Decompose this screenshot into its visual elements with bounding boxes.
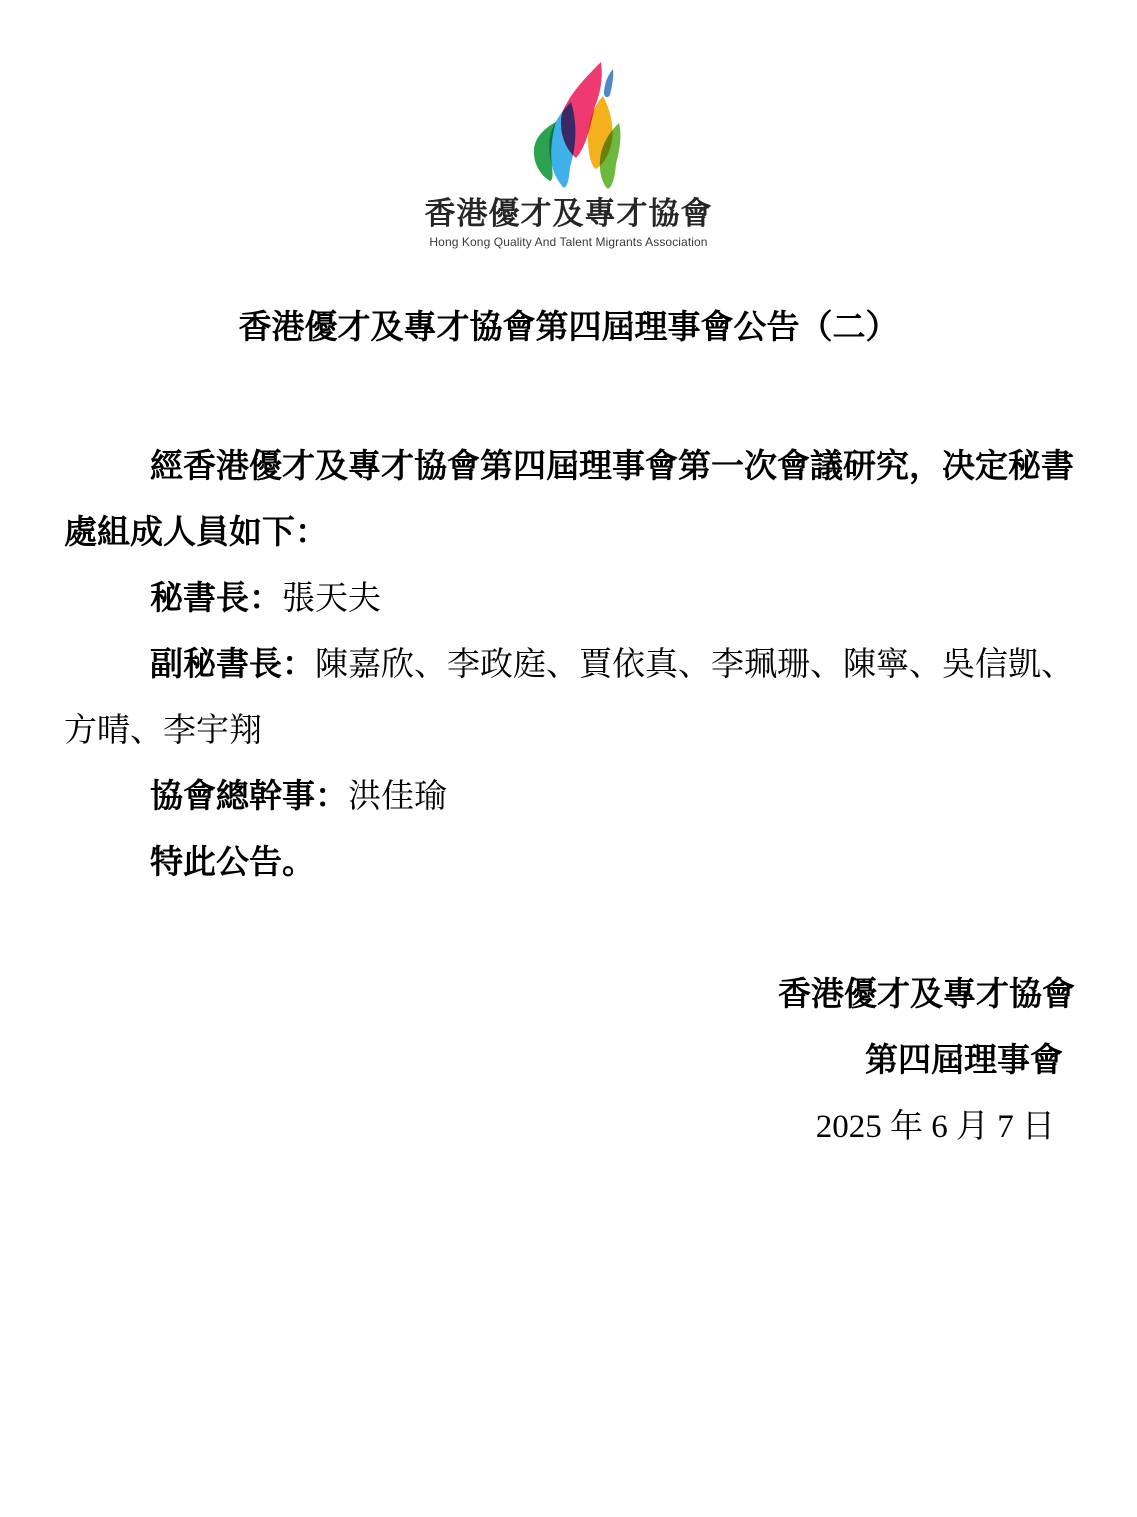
logo-org-name-english: Hong Kong Quality And Talent Migrants As…: [0, 235, 1137, 250]
document-body: 經香港優才及專才協會第四屆理事會第一次會議研究，决定秘書 處組成人員如下： 秘書…: [64, 434, 1066, 896]
closing-line: 特此公告。: [64, 830, 1066, 896]
chief-executive-name: 洪佳瑜: [348, 779, 447, 815]
signature-council: 第四屆理事會: [0, 1028, 1063, 1094]
intro-paragraph-line-1: 經香港優才及專才協會第四屆理事會第一次會議研究，决定秘書: [64, 434, 1066, 500]
logo-org-name-chinese: 香港優才及專才協會: [0, 195, 1137, 233]
deputy-secretary-line: 副秘書長：陳嘉欣、李政庭、賈依真、李珮珊、陳寧、吳信凱、: [64, 632, 1066, 698]
chief-executive-line: 協會總幹事：洪佳瑜: [64, 764, 1066, 830]
logo-sail-blue-sliver-icon: [604, 69, 613, 97]
deputy-secretary-names: 陳嘉欣、李政庭、賈依真、李珮珊、陳寧、吳信凱、: [315, 647, 1074, 683]
signature-block: 香港優才及專才協會 第四屆理事會 2025 年 6 月 7 日: [0, 962, 1137, 1160]
secretary-label: 秘書長：: [150, 581, 282, 617]
chief-executive-label: 協會總幹事：: [150, 779, 348, 815]
org-logo: 香港優才及專才協會 Hong Kong Quality And Talent M…: [0, 0, 1137, 250]
intro-paragraph-line-2: 處組成人員如下：: [64, 500, 1066, 566]
deputy-secretary-label: 副秘書長：: [150, 647, 315, 683]
secretary-name: 張天夫: [282, 581, 381, 617]
deputy-secretary-names-continued: 方晴、李宇翔: [64, 698, 1066, 764]
document-title: 香港優才及專才協會第四屆理事會公告（二）: [0, 305, 1137, 351]
signature-organization: 香港優才及專才協會: [0, 962, 1075, 1028]
logo-sails-icon: [529, 56, 629, 194]
signature-date: 2025 年 6 月 7 日: [0, 1094, 1055, 1160]
document-page: 香港優才及專才協會 Hong Kong Quality And Talent M…: [0, 0, 1137, 1517]
secretary-line: 秘書長：張天夫: [64, 566, 1066, 632]
